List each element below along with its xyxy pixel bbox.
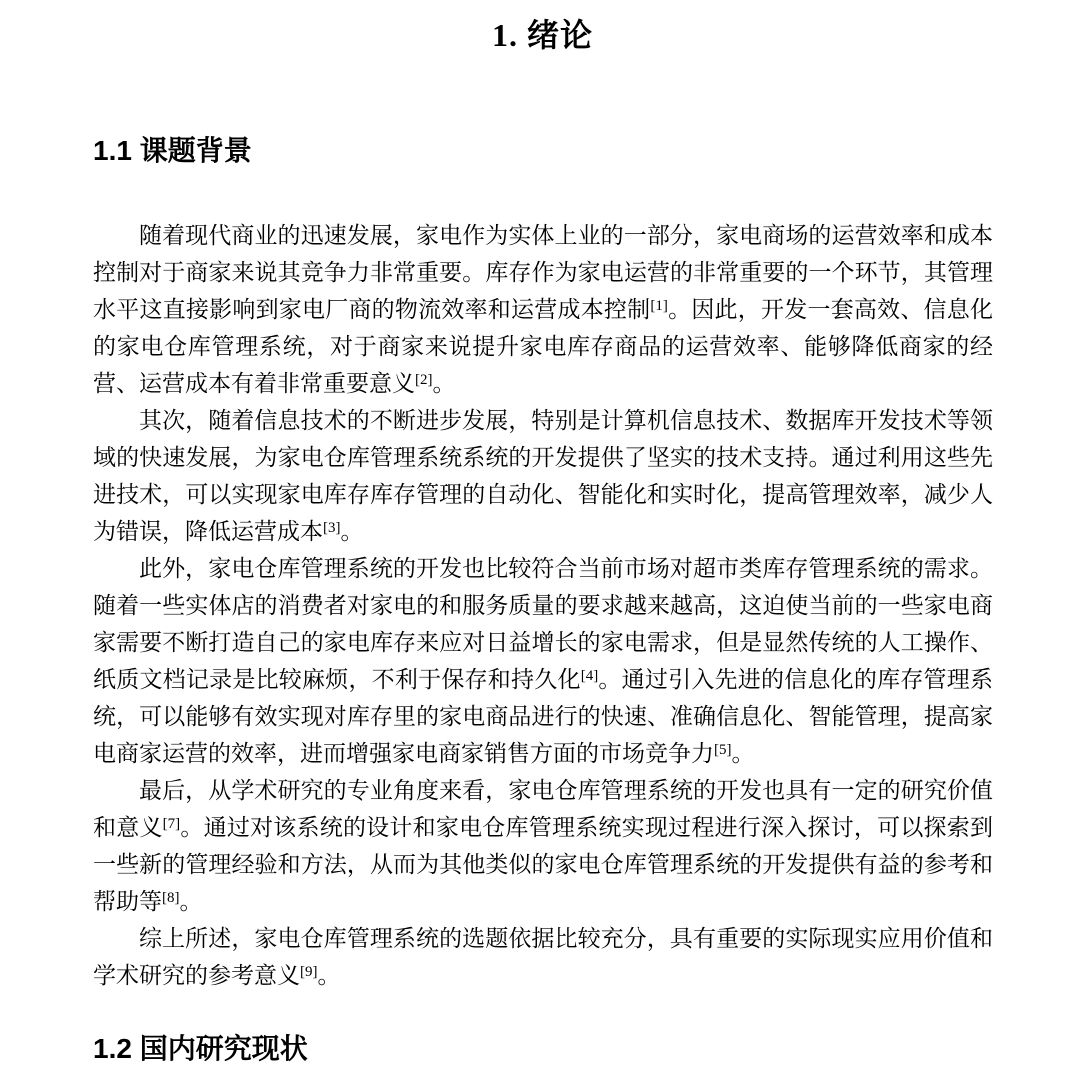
chapter-title: 1. 绪论 xyxy=(0,0,1085,56)
citation-marker: [9] xyxy=(300,964,318,980)
document-page: 1. 绪论 1.1 课题背景随着现代商业的迅速发展，家电作为实体上业的一部分，家… xyxy=(0,0,1085,1089)
citation-marker: [7] xyxy=(163,816,181,832)
citation-marker: [1] xyxy=(650,298,668,314)
paragraph: 此外，家电仓库管理系统的开发也比较符合当前市场对超市类库存管理系统的需求。随着一… xyxy=(93,550,993,772)
citation-marker: [2] xyxy=(415,372,433,388)
section-body: 随着现代商业的迅速发展，家电作为实体上业的一部分，家电商场的运营效率和成本控制对… xyxy=(93,217,993,994)
section-heading: 1.2 国内研究现状 xyxy=(93,1030,993,1068)
paragraph: 随着现代商业的迅速发展，家电作为实体上业的一部分，家电商场的运营效率和成本控制对… xyxy=(93,217,993,402)
citation-marker: [3] xyxy=(323,520,341,536)
citation-marker: [5] xyxy=(714,742,732,758)
section-heading: 1.1 课题背景 xyxy=(93,132,993,170)
paragraph: 其次，随着信息技术的不断进步发展，特别是计算机信息技术、数据库开发技术等领域的快… xyxy=(93,402,993,550)
paragraph: 综上所述，家电仓库管理系统的选题依据比较充分，具有重要的实际现实应用价值和学术研… xyxy=(93,920,993,994)
paragraph: 最后，从学术研究的专业角度来看，家电仓库管理系统的开发也具有一定的研究价值和意义… xyxy=(93,772,993,920)
citation-marker: [8] xyxy=(162,890,180,906)
citation-marker: [4] xyxy=(581,668,599,684)
sections-container: 1.1 课题背景随着现代商业的迅速发展，家电作为实体上业的一部分，家电商场的运营… xyxy=(0,132,1085,1068)
